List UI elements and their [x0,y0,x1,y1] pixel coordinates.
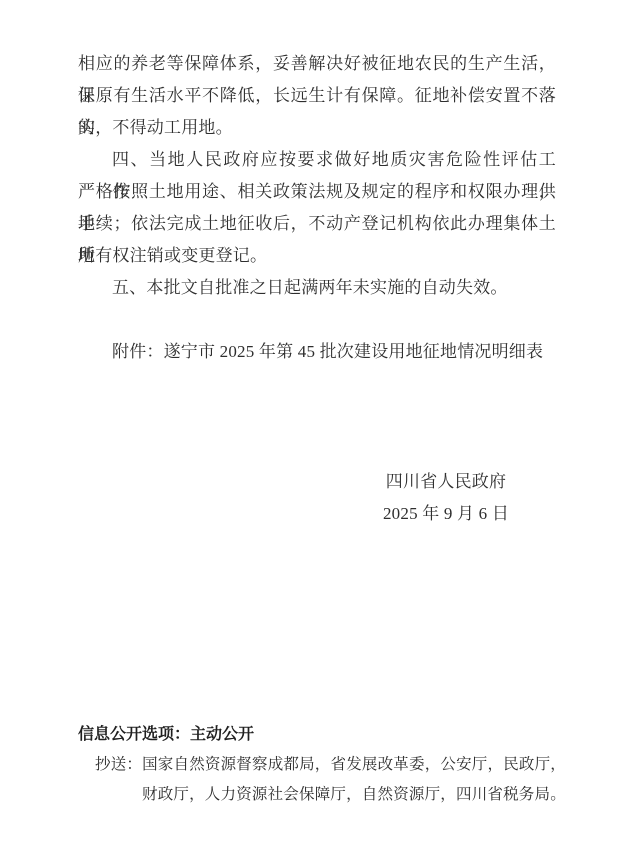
body-line: 严格按照土地用途、相关政策法规及规定的程序和权限办理供地 [78,176,556,208]
body-line: 相应的养老等保障体系，妥善解决好被征地农民的生产生活，保 [78,48,556,80]
body-line: 四、当地人民政府应按要求做好地质灾害危险性评估工作， [78,144,556,176]
document-page: 相应的养老等保障体系，妥善解决好被征地农民的生产生活，保 证原有生活水平不降低，… [0,0,633,852]
body-line: 所有权注销或变更登记。 [78,240,556,272]
cc-line: 财政厅，人力资源社会保障厅，自然资源厅，四川省税务局。 [142,780,566,810]
issuer-name: 四川省人民政府 [340,466,552,498]
body-line: 手续；依法完成土地征收后，不动产登记机构依此办理集体土地 [78,208,556,240]
issue-date: 2025 年 9 月 6 日 [340,498,552,530]
body-text-block: 相应的养老等保障体系，妥善解决好被征地农民的生产生活，保 证原有生活水平不降低，… [78,48,556,304]
signature-block: 四川省人民政府 2025 年 9 月 6 日 [340,466,552,530]
body-line: 五、本批文自批准之日起满两年未实施的自动失效。 [78,272,556,304]
disclosure-option-label: 信息公开选项：主动公开 [78,720,254,750]
body-line: 证原有生活水平不降低，长远生计有保障。征地补偿安置不落实 [78,80,556,112]
cc-line: 抄送：国家自然资源督察成都局，省发展改革委，公安厅，民政厅， [95,750,566,780]
body-line: 的，不得动工用地。 [78,112,556,144]
attachment-line: 附件：遂宁市 2025 年第 45 批次建设用地征地情况明细表 [112,336,543,368]
